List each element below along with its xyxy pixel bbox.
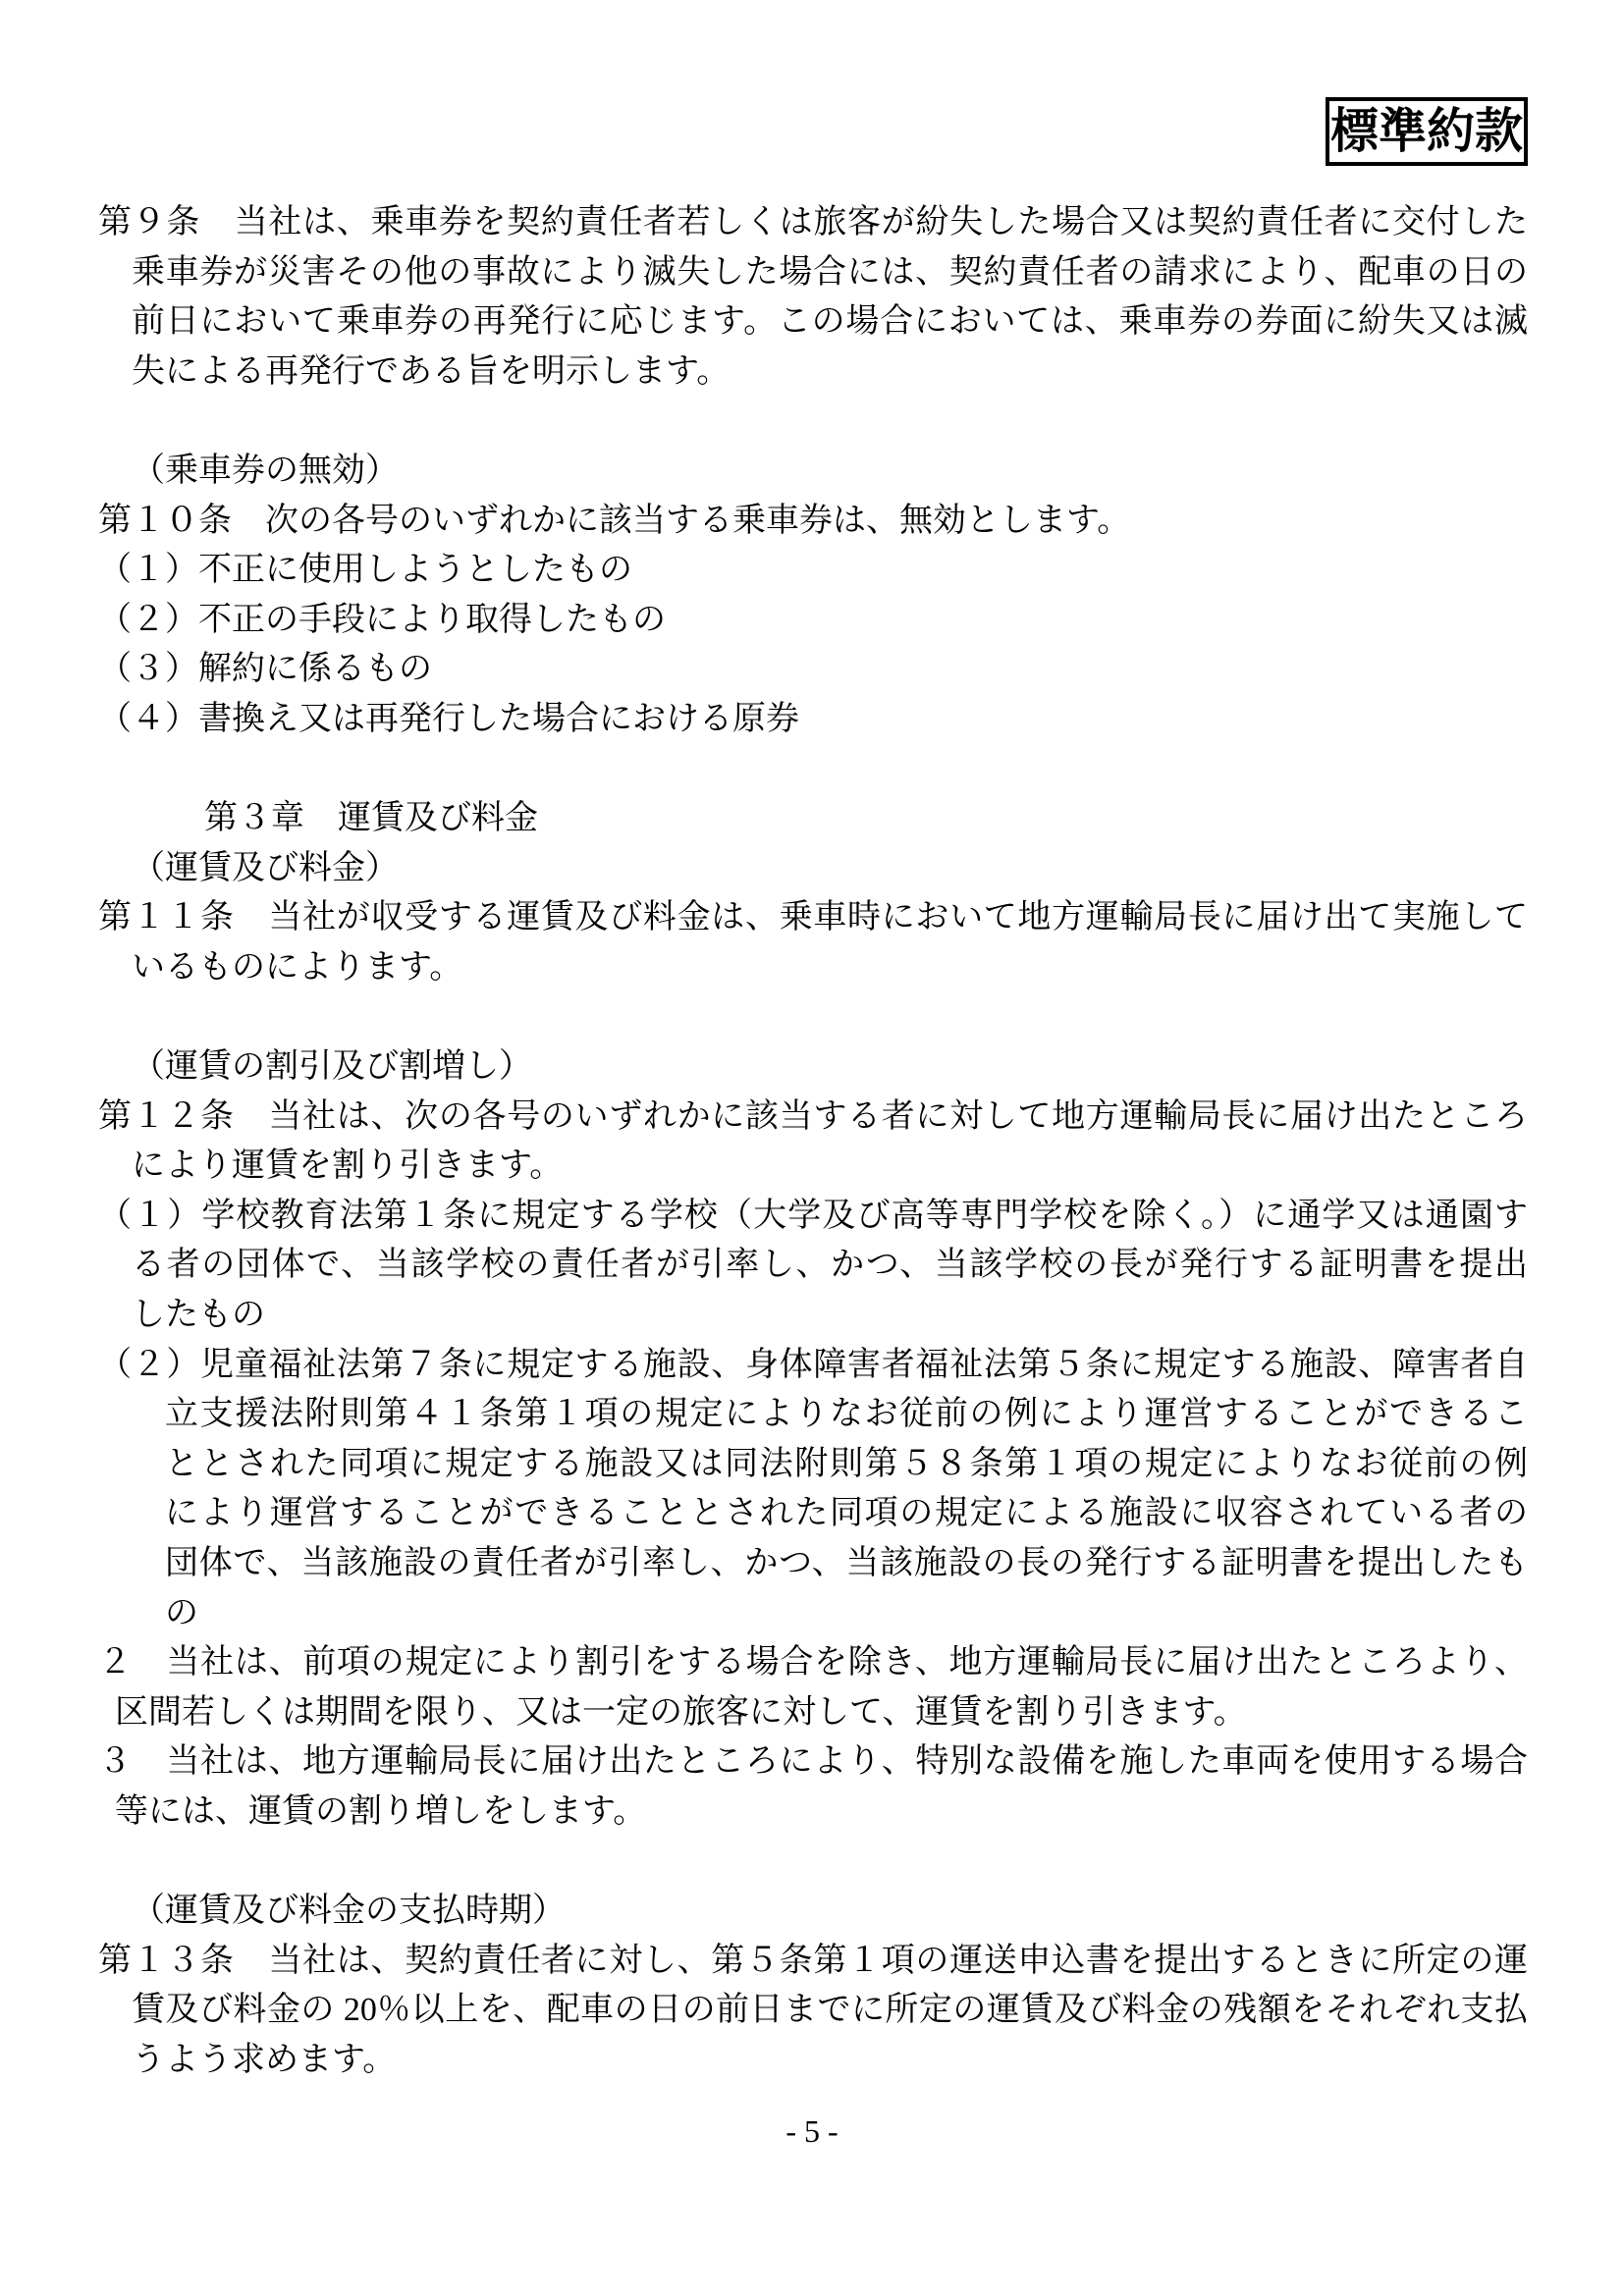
article12-item2-line6: の [98,1589,1528,1639]
article12-item2-line1: （２）児童福祉法第７条に規定する施設、身体障害者福祉法第５条に規定する施設、障害… [98,1341,1528,1391]
article12-para2-line2: 区間若しくは期間を限り、又は一定の旅客に対して、運賃を割り引きます。 [98,1688,1528,1738]
article11-line1: 第１１条 当社が収受する運賃及び料金は、乗車時において地方運輸局長に届け出て実施… [98,893,1528,943]
article12-para3-line1: ３ 当社は、地方運輸局長に届け出たところにより、特別な設備を施した車両を使用する… [98,1737,1528,1788]
article13-line3: うよう求めます。 [98,2036,1528,2086]
article12-item1-line1: （１）学校教育法第１条に規定する学校（大学及び高等専門学校を除く。）に通学又は通… [98,1192,1528,1242]
page-number: - 5 - [0,2112,1624,2150]
fares-heading: （運賃及び料金） [98,844,1528,894]
blank-line [98,993,1528,1043]
article12-item1-line3: したもの [98,1291,1528,1341]
document-page: 標準約款 第９条 当社は、乗車券を契約責任者若しくは旅客が紛失した場合又は契約責… [0,0,1624,2296]
article9-line2: 乗車券が災害その他の事故により滅失した場合には、契約責任者の請求により、配車の日… [98,248,1528,298]
article10-line1: 第１０条 次の各号のいずれかに該当する乗車券は、無効とします。 [98,497,1528,547]
article13-line1: 第１３条 当社は、契約責任者に対し、第５条第１項の運送申込書を提出するときに所定… [98,1937,1528,1987]
article11-line2: いるものによります。 [98,943,1528,993]
article10-item3: （３）解約に係るもの [98,645,1528,695]
article12-item2-line3: ととされた同項に規定する施設又は同法附則第５８条第１項の規定によりなお従前の例 [98,1440,1528,1490]
article13-line2: 賃及び料金の 20％以上を、配車の日の前日までに所定の運賃及び料金の残額をそれぞ… [98,1986,1528,2036]
standard-terms-badge: 標準約款 [1326,97,1528,166]
article12-line1: 第１２条 当社は、次の各号のいずれかに該当する者に対して地方運輸局長に届け出たと… [98,1093,1528,1143]
blank-line [98,745,1528,795]
discount-heading: （運賃の割引及び割増し） [98,1042,1528,1093]
article10-item2: （２）不正の手段により取得したもの [98,596,1528,646]
article10-item1: （１）不正に使用しようとしたもの [98,546,1528,596]
article9-line1: 第９条 当社は、乗車券を契約責任者若しくは旅客が紛失した場合又は契約責任者に交付… [98,198,1528,248]
document-body: 第９条 当社は、乗車券を契約責任者若しくは旅客が紛失した場合又は契約責任者に交付… [98,198,1528,2086]
article9-line4: 失による再発行である旨を明示します。 [98,347,1528,398]
blank-line [98,397,1528,447]
article12-item2-line4: により運営することができることとされた同項の規定による施設に収容されている者の [98,1489,1528,1539]
article10-item4: （４）書換え又は再発行した場合における原券 [98,695,1528,745]
article12-item2-line2: 立支援法附則第４１条第１項の規定によりなお従前の例により運営することができるこ [98,1390,1528,1440]
article9-line3: 前日において乗車券の再発行に応じます。この場合においては、乗車券の券面に紛失又は… [98,297,1528,347]
ticket-invalid-heading: （乗車券の無効） [98,447,1528,497]
article12-item2-line5: 団体で、当該施設の責任者が引率し、かつ、当該施設の長の発行する証明書を提出したも [98,1539,1528,1589]
article12-para3-line2: 等には、運賃の割り増しをします。 [98,1788,1528,1838]
payment-heading: （運賃及び料金の支払時期） [98,1887,1528,1937]
article12-item1-line2: る者の団体で、当該学校の責任者が引率し、かつ、当該学校の長が発行する証明書を提出 [98,1241,1528,1291]
article12-line2: により運賃を割り引きます。 [98,1142,1528,1192]
blank-line [98,1838,1528,1888]
chapter3-title: 第３章 運賃及び料金 [98,794,1528,844]
article12-para2-line1: ２ 当社は、前項の規定により割引をする場合を除き、地方運輸局長に届け出たところよ… [98,1638,1528,1688]
